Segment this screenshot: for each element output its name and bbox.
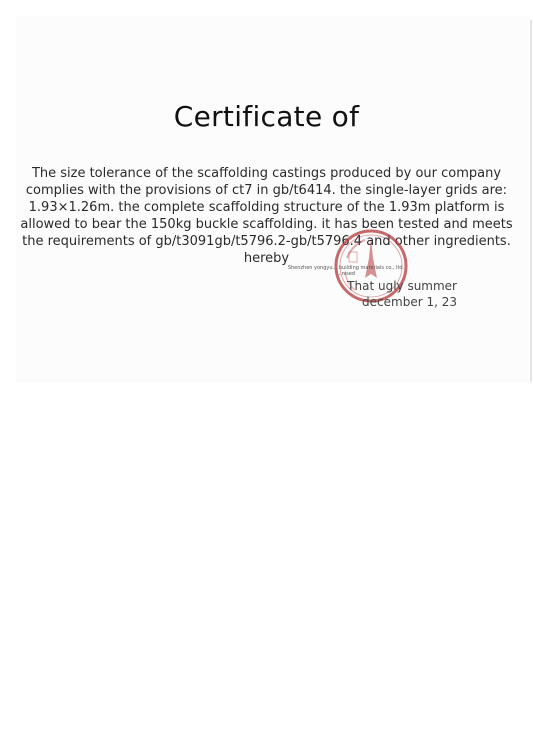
panel-edge-divider: [530, 20, 532, 382]
signature-date: december 1, 23: [300, 294, 457, 310]
stamp-company-text: Shenzhen yongyu... building materials co…: [280, 265, 412, 277]
certificate-body: The size tolerance of the scaffolding ca…: [8, 165, 525, 267]
certificate-title: Certificate of: [0, 100, 533, 133]
signature-name: That ugly summer: [300, 278, 457, 294]
stamp-company-line2: ...nised: [280, 271, 412, 277]
signature-block: That ugly summer december 1, 23: [300, 278, 457, 310]
